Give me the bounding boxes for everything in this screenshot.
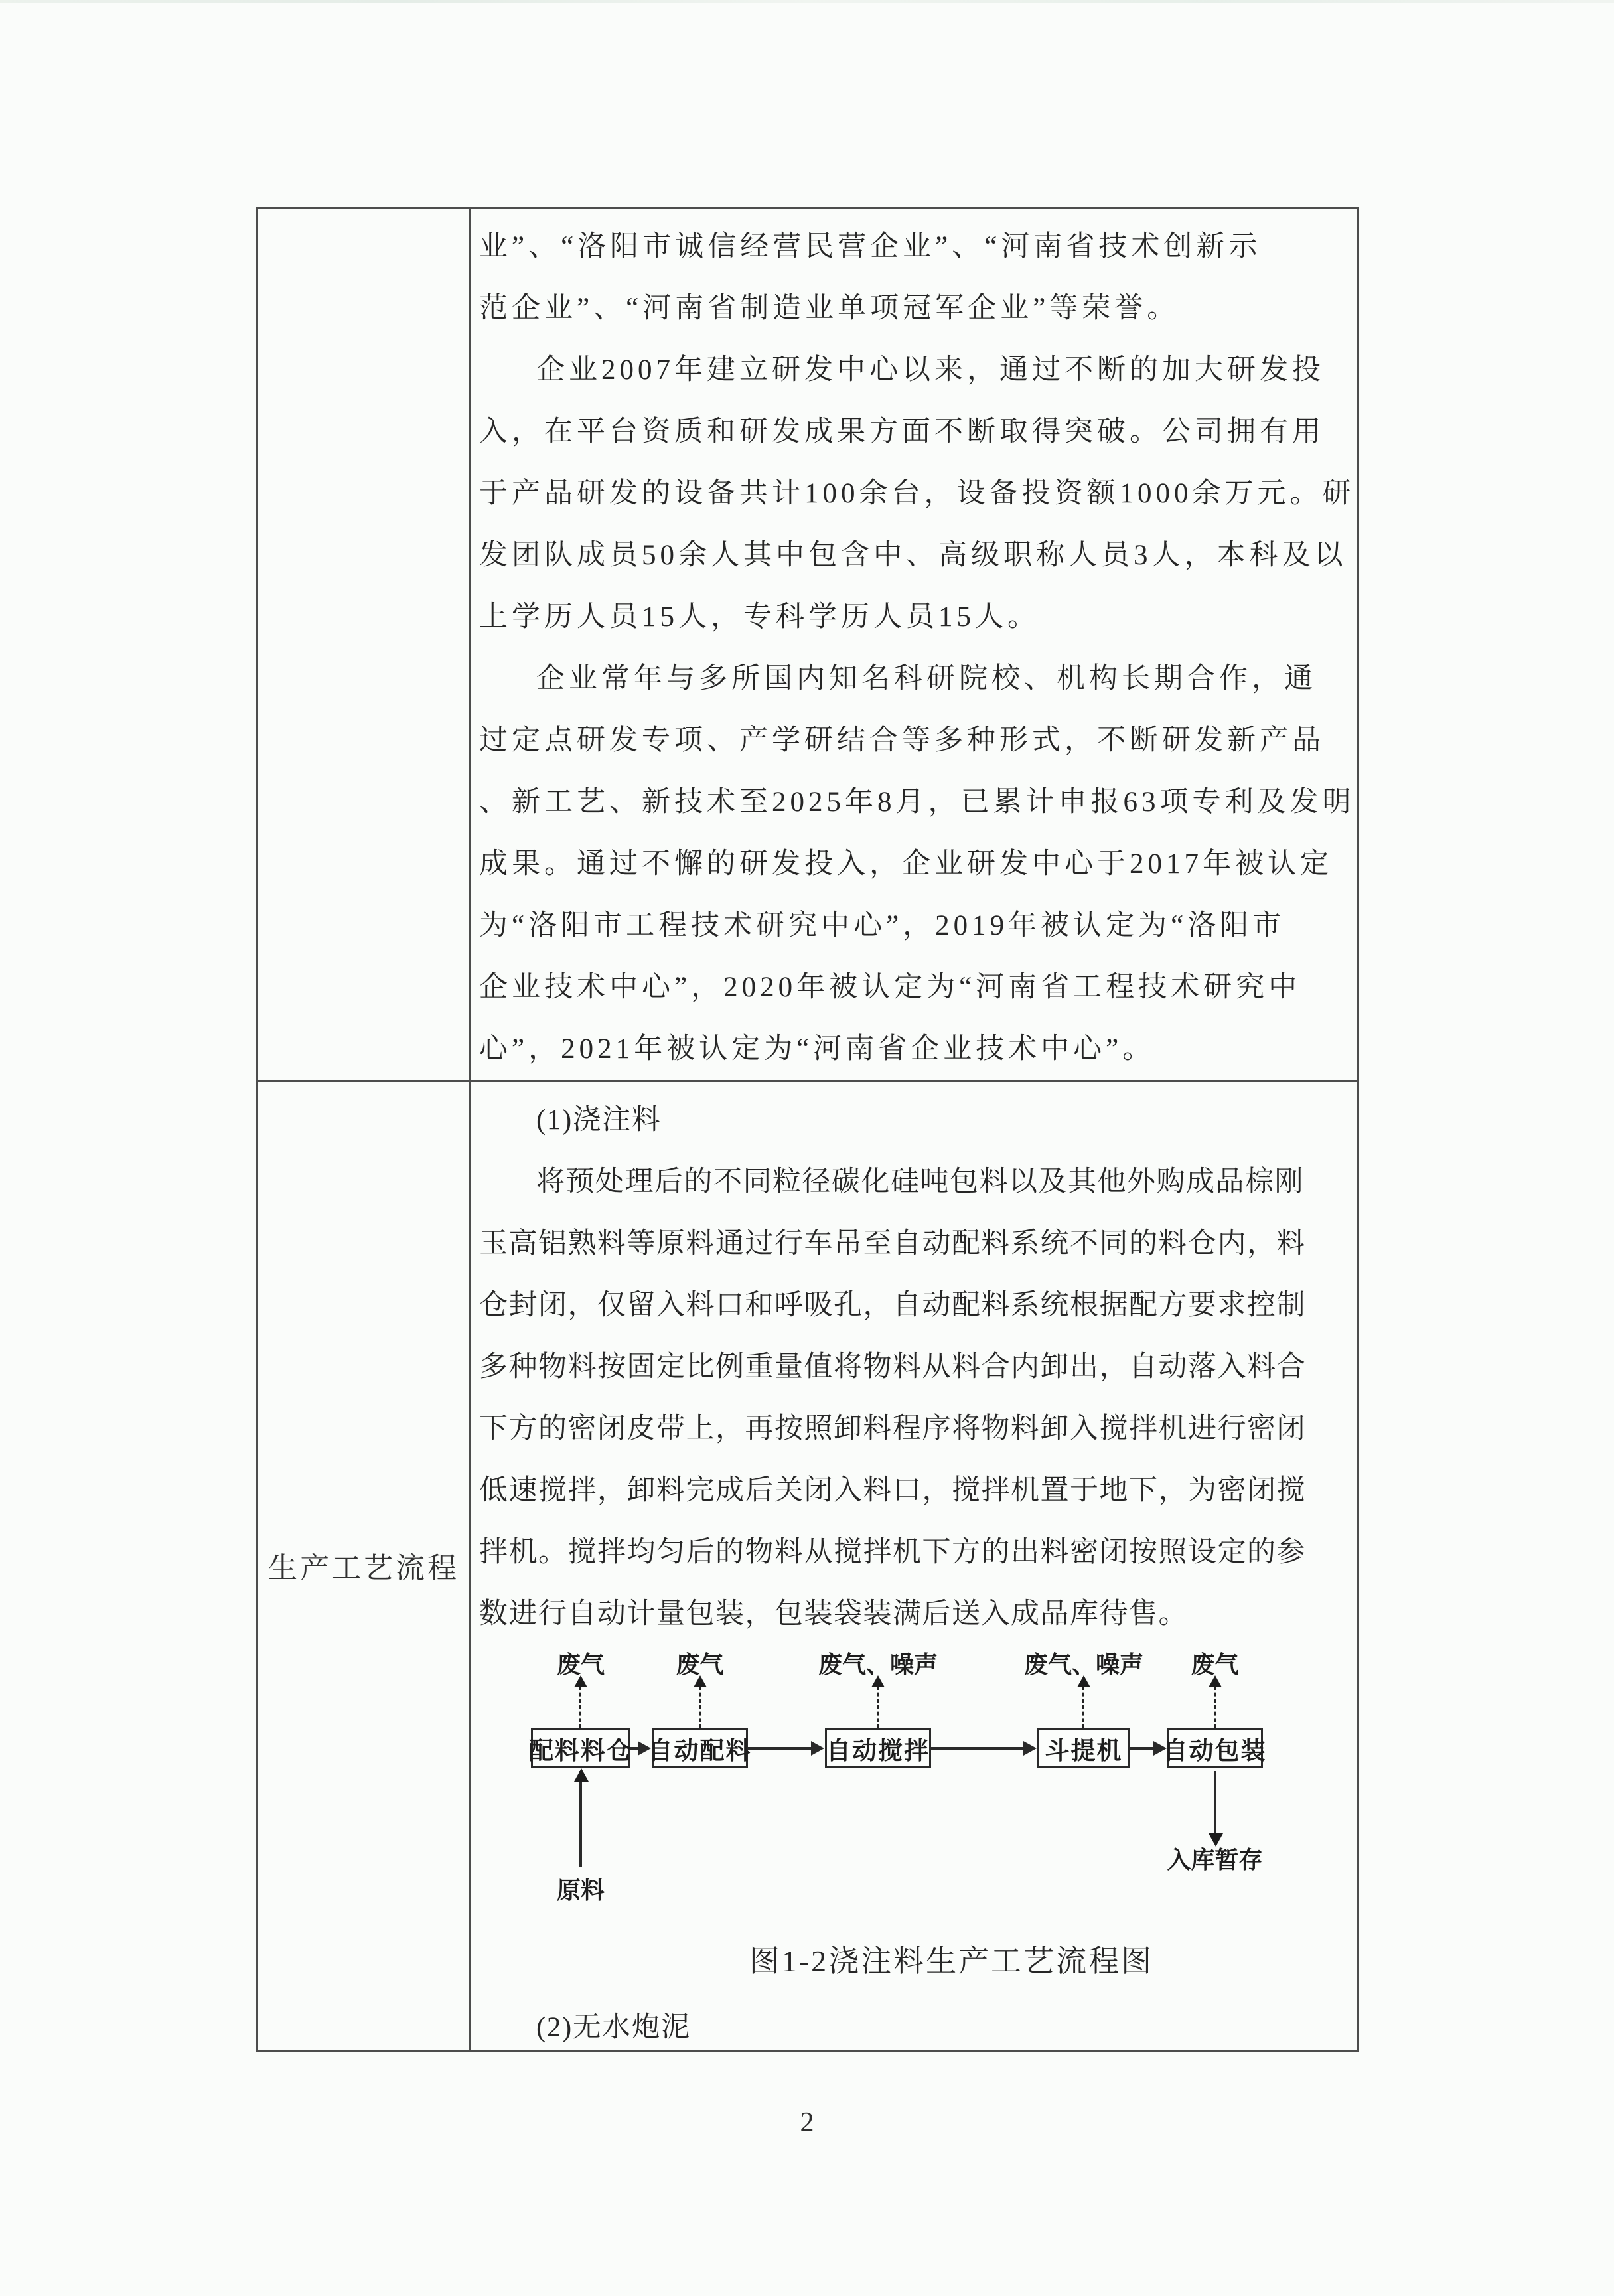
flow-node-bucket-elevator: 废气、噪声 斗提机	[1037, 1649, 1130, 1936]
scan-edge-artifact	[0, 0, 1614, 3]
row1-content-cell: 业”、“洛阳市诚信经营民营企业”、“河南省技术创新示 范企业”、“河南省制造业单…	[471, 209, 1357, 1080]
row2-content-cell: (1)浇注料 将预处理后的不同粒径碳化硅吨包料以及其他外购成品棕刚 玉高铝熟料等…	[471, 1080, 1357, 2050]
flow-arrow-icon	[931, 1747, 1024, 1750]
process-flow-diagram: 废气 配料料仓 原料 废气 自动配料 废气、噪声 自动搅拌	[479, 1649, 1351, 1936]
text-line: 下方的密闭皮带上，再按照卸料程序将物料卸入搅拌机进行密闭	[479, 1398, 1351, 1460]
flow-box: 自动搅拌	[825, 1728, 931, 1768]
flow-node-auto-batching: 废气 自动配料	[652, 1649, 748, 1936]
text-line: 范企业”、“河南省制造业单项冠军企业”等荣誉。	[479, 277, 1351, 339]
text-line: 发团队成员50余人其中包含中、高级职称人员3人，本科及以	[479, 524, 1351, 586]
text-line: 过定点研发专项、产学研结合等多种形式，不断研发新产品	[479, 710, 1351, 771]
down-solid-arrow-icon	[1214, 1771, 1216, 1835]
text-line: 心”，2021年被认定为“河南省企业技术中心”。	[479, 1018, 1351, 1080]
flow-node-batching-silo: 废气 配料料仓 原料	[531, 1649, 630, 1936]
text-line: 上学历人员15人，专科学历人员15人。	[479, 586, 1351, 648]
text-line: 成果。通过不懈的研发投入，企业研发中心于2017年被认定	[479, 833, 1351, 895]
flow-arrow-icon	[748, 1747, 812, 1750]
flow-node-auto-packing: 废气 自动包装 入库暂存	[1167, 1649, 1263, 1936]
warehouse-storage-label: 入库暂存	[1127, 1841, 1303, 1875]
text-line: (1)浇注料	[479, 1089, 1351, 1151]
flow-box: 配料料仓	[531, 1728, 630, 1768]
flow-box: 斗提机	[1037, 1728, 1130, 1768]
flow-box: 自动配料	[652, 1728, 748, 1768]
page-number: 2	[0, 2103, 1614, 2143]
up-dashed-arrow-icon	[579, 1686, 581, 1728]
text-line: 拌机。搅拌均匀后的物料从搅拌机下方的出料密闭按照设定的参	[479, 1521, 1351, 1583]
text-line: (2)无水炮泥	[479, 1997, 1351, 2058]
text-line: 企业2007年建立研发中心以来，通过不断的加大研发投	[479, 339, 1351, 401]
text-line: 仓封闭，仅留入料口和呼吸孔，自动配料系统根据配方要求控制	[479, 1274, 1351, 1336]
document-page: 业”、“洛阳市诚信经营民营企业”、“河南省技术创新示 范企业”、“河南省制造业单…	[0, 0, 1614, 2296]
figure-caption: 图1-2浇注料生产工艺流程图	[479, 1938, 1351, 1985]
text-line: 低速搅拌，卸料完成后关闭入料口，搅拌机置于地下，为密闭搅	[479, 1460, 1351, 1521]
text-line: 多种物料按固定比例重量值将物料从料合内卸出，自动落入料合	[479, 1336, 1351, 1398]
row2-label-cell: 生产工艺流程	[258, 1080, 469, 2050]
text-line: 入，在平台资质和研发成果方面不断取得突破。公司拥有用	[479, 401, 1351, 463]
text-line: 企业常年与多所国内知名科研院校、机构长期合作，通	[479, 648, 1351, 710]
text-line: 将预处理后的不同粒径碳化硅吨包料以及其他外购成品棕刚	[479, 1151, 1351, 1213]
text-line: 企业技术中心”，2020年被认定为“河南省工程技术研究中	[479, 957, 1351, 1018]
text-line: 于产品研发的设备共计100余台，设备投资额1000余万元。研	[479, 463, 1351, 524]
up-solid-arrow-icon	[579, 1771, 582, 1867]
text-line: 业”、“洛阳市诚信经营民营企业”、“河南省技术创新示	[479, 216, 1351, 277]
document-table: 业”、“洛阳市诚信经营民营企业”、“河南省技术创新示 范企业”、“河南省制造业单…	[256, 207, 1359, 2052]
up-dashed-arrow-icon	[699, 1686, 701, 1728]
text-line: 、新工艺、新技术至2025年8月，已累计申报63项专利及发明	[479, 771, 1351, 833]
flow-arrow-icon	[630, 1747, 638, 1750]
up-dashed-arrow-icon	[1082, 1686, 1084, 1728]
flow-box: 自动包装	[1167, 1728, 1263, 1768]
text-line: 数进行自动计量包装，包装袋装满后送入成品库待售。	[479, 1583, 1351, 1645]
text-line: 玉高铝熟料等原料通过行车吊至自动配料系统不同的料仓内，料	[479, 1213, 1351, 1274]
flow-node-auto-mixing: 废气、噪声 自动搅拌	[825, 1649, 931, 1936]
raw-material-label: 原料	[531, 1872, 630, 1906]
row-label-production-process: 生产工艺流程	[268, 1544, 459, 1586]
up-dashed-arrow-icon	[1214, 1686, 1216, 1728]
flow-arrow-icon	[1130, 1747, 1154, 1750]
up-dashed-arrow-icon	[877, 1686, 879, 1728]
text-line: 为“洛阳市工程技术研究中心”，2019年被认定为“洛阳市	[479, 895, 1351, 957]
